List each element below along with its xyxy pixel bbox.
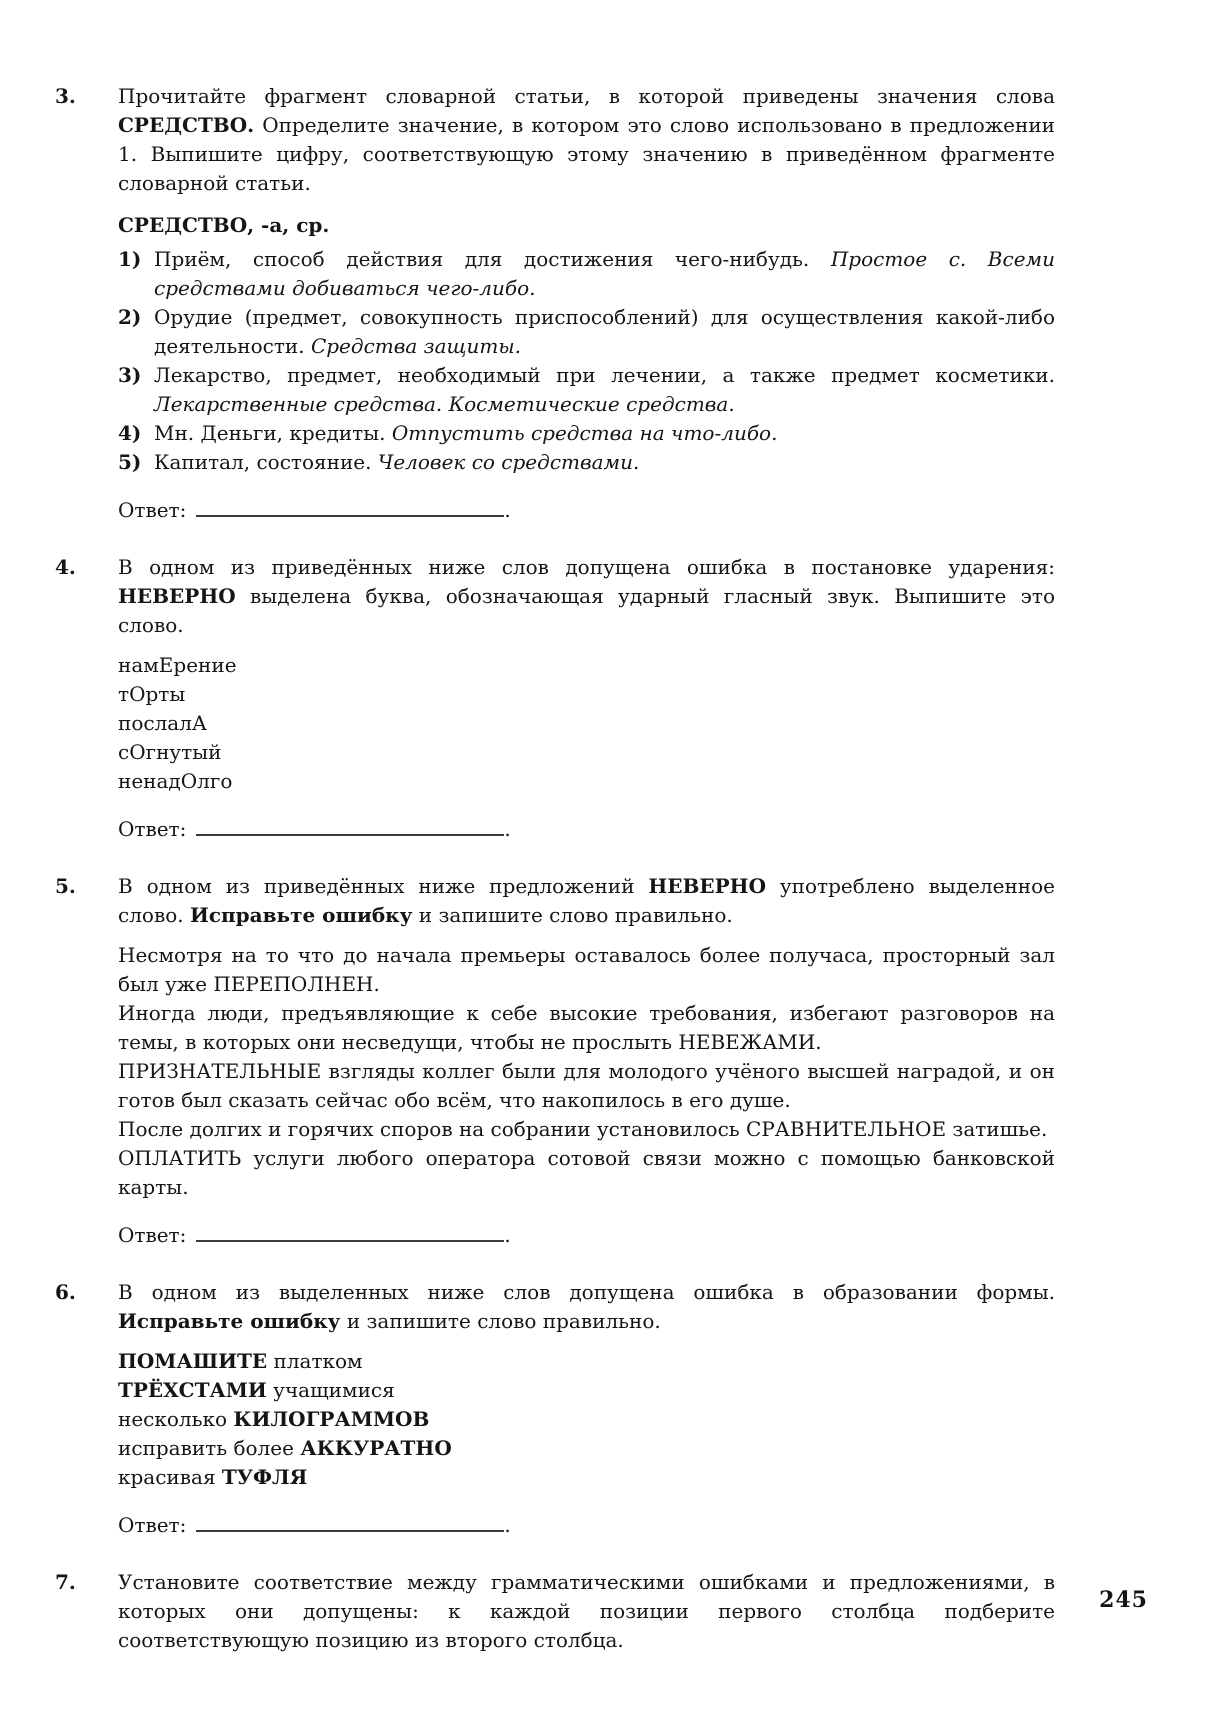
answer-period: . xyxy=(504,498,510,522)
item-number: 4) xyxy=(118,419,154,448)
answer-label: Ответ: xyxy=(118,817,186,841)
task-7: 7. Установите соответствие между граммат… xyxy=(55,1568,1055,1655)
sentence-option: ПРИЗНАТЕЛЬНЫЕ взгляды коллег были для мо… xyxy=(118,1057,1055,1115)
word-option: ПОМАШИТЕ платком xyxy=(118,1347,1055,1376)
sentence-option: Иногда люди, предъявляющие к себе высоки… xyxy=(118,999,1055,1057)
item-number: 3) xyxy=(118,361,154,419)
document-page: 3. Прочитайте фрагмент словарной статьи,… xyxy=(0,0,1210,1712)
answer-label: Ответ: xyxy=(118,498,186,522)
item-text: Мн. Деньги, кредиты. Отпустить средства … xyxy=(154,419,1055,448)
word-option: несколько КИЛОГРАММОВ xyxy=(118,1405,1055,1434)
answer-blank xyxy=(196,1223,504,1242)
item-number: 2) xyxy=(118,303,154,361)
answer-row: Ответ:. xyxy=(118,496,1055,525)
page-content: 3. Прочитайте фрагмент словарной статьи,… xyxy=(55,82,1055,1683)
dictionary-list: 1) Приём, способ действия для достижения… xyxy=(118,245,1055,477)
task-number: 3. xyxy=(55,82,118,111)
answer-blank xyxy=(196,1513,504,1532)
item-text: Орудие (предмет, совокупность приспособл… xyxy=(154,303,1055,361)
task-4: 4. В одном из приведённых ниже слов допу… xyxy=(55,553,1055,844)
word-option: послалА xyxy=(118,709,1055,738)
word-option: намЕрение xyxy=(118,651,1055,680)
item-number: 1) xyxy=(118,245,154,303)
word-option: сОгнутый xyxy=(118,738,1055,767)
page-number: 245 xyxy=(1099,1587,1148,1613)
item-number: 5) xyxy=(118,448,154,477)
dictionary-item: 1) Приём, способ действия для достижения… xyxy=(118,245,1055,303)
dictionary-headword: СРЕДСТВО, -а, ср. xyxy=(118,211,1055,240)
answer-blank xyxy=(196,498,504,517)
word-list: намЕрение тОрты послалА сОгнутый ненадОл… xyxy=(118,651,1055,796)
answer-period: . xyxy=(504,1223,510,1247)
word-option: ненадОлго xyxy=(118,767,1055,796)
task-number: 7. xyxy=(55,1568,118,1597)
task-intro: Прочитайте фрагмент словарной статьи, в … xyxy=(118,82,1055,198)
task-6: 6. В одном из выделенных ниже слов допущ… xyxy=(55,1278,1055,1540)
task-number: 6. xyxy=(55,1278,118,1307)
answer-period: . xyxy=(504,1513,510,1537)
task-intro: В одном из приведённых ниже предложений … xyxy=(118,872,1055,930)
item-text: Приём, способ действия для достижения че… xyxy=(154,245,1055,303)
task-5: 5. В одном из приведённых ниже предложен… xyxy=(55,872,1055,1250)
sentence-option: Несмотря на то что до начала премьеры ос… xyxy=(118,941,1055,999)
answer-row: Ответ:. xyxy=(118,815,1055,844)
task-3: 3. Прочитайте фрагмент словарной статьи,… xyxy=(55,82,1055,525)
answer-row: Ответ:. xyxy=(118,1511,1055,1540)
word-option: исправить более АККУРАТНО xyxy=(118,1434,1055,1463)
word-option: ТРЁХСТАМИ учащимися xyxy=(118,1376,1055,1405)
word-option: красивая ТУФЛЯ xyxy=(118,1463,1055,1492)
item-text: Лекарство, предмет, необходимый при лече… xyxy=(154,361,1055,419)
answer-row: Ответ:. xyxy=(118,1221,1055,1250)
task-intro: Установите соответствие между грамматиче… xyxy=(118,1568,1055,1655)
task-number: 4. xyxy=(55,553,118,582)
item-text: Капитал, состояние. Человек со средствам… xyxy=(154,448,1055,477)
sentence-option: После долгих и горячих споров на собрани… xyxy=(118,1115,1055,1144)
task-intro: В одном из приведённых ниже слов допущен… xyxy=(118,553,1055,640)
dictionary-item: 3) Лекарство, предмет, необходимый при л… xyxy=(118,361,1055,419)
sentence-option: ОПЛАТИТЬ услуги любого оператора сотовой… xyxy=(118,1144,1055,1202)
word-option: тОрты xyxy=(118,680,1055,709)
sentence-list: Несмотря на то что до начала премьеры ос… xyxy=(118,941,1055,1202)
task-intro: В одном из выделенных ниже слов допущена… xyxy=(118,1278,1055,1336)
word-list: ПОМАШИТЕ платком ТРЁХСТАМИ учащимися нес… xyxy=(118,1347,1055,1492)
dictionary-item: 2) Орудие (предмет, совокупность приспос… xyxy=(118,303,1055,361)
dictionary-item: 4) Мн. Деньги, кредиты. Отпустить средст… xyxy=(118,419,1055,448)
answer-label: Ответ: xyxy=(118,1513,186,1537)
answer-period: . xyxy=(504,817,510,841)
task-number: 5. xyxy=(55,872,118,901)
answer-blank xyxy=(196,817,504,836)
answer-label: Ответ: xyxy=(118,1223,186,1247)
dictionary-item: 5) Капитал, состояние. Человек со средст… xyxy=(118,448,1055,477)
